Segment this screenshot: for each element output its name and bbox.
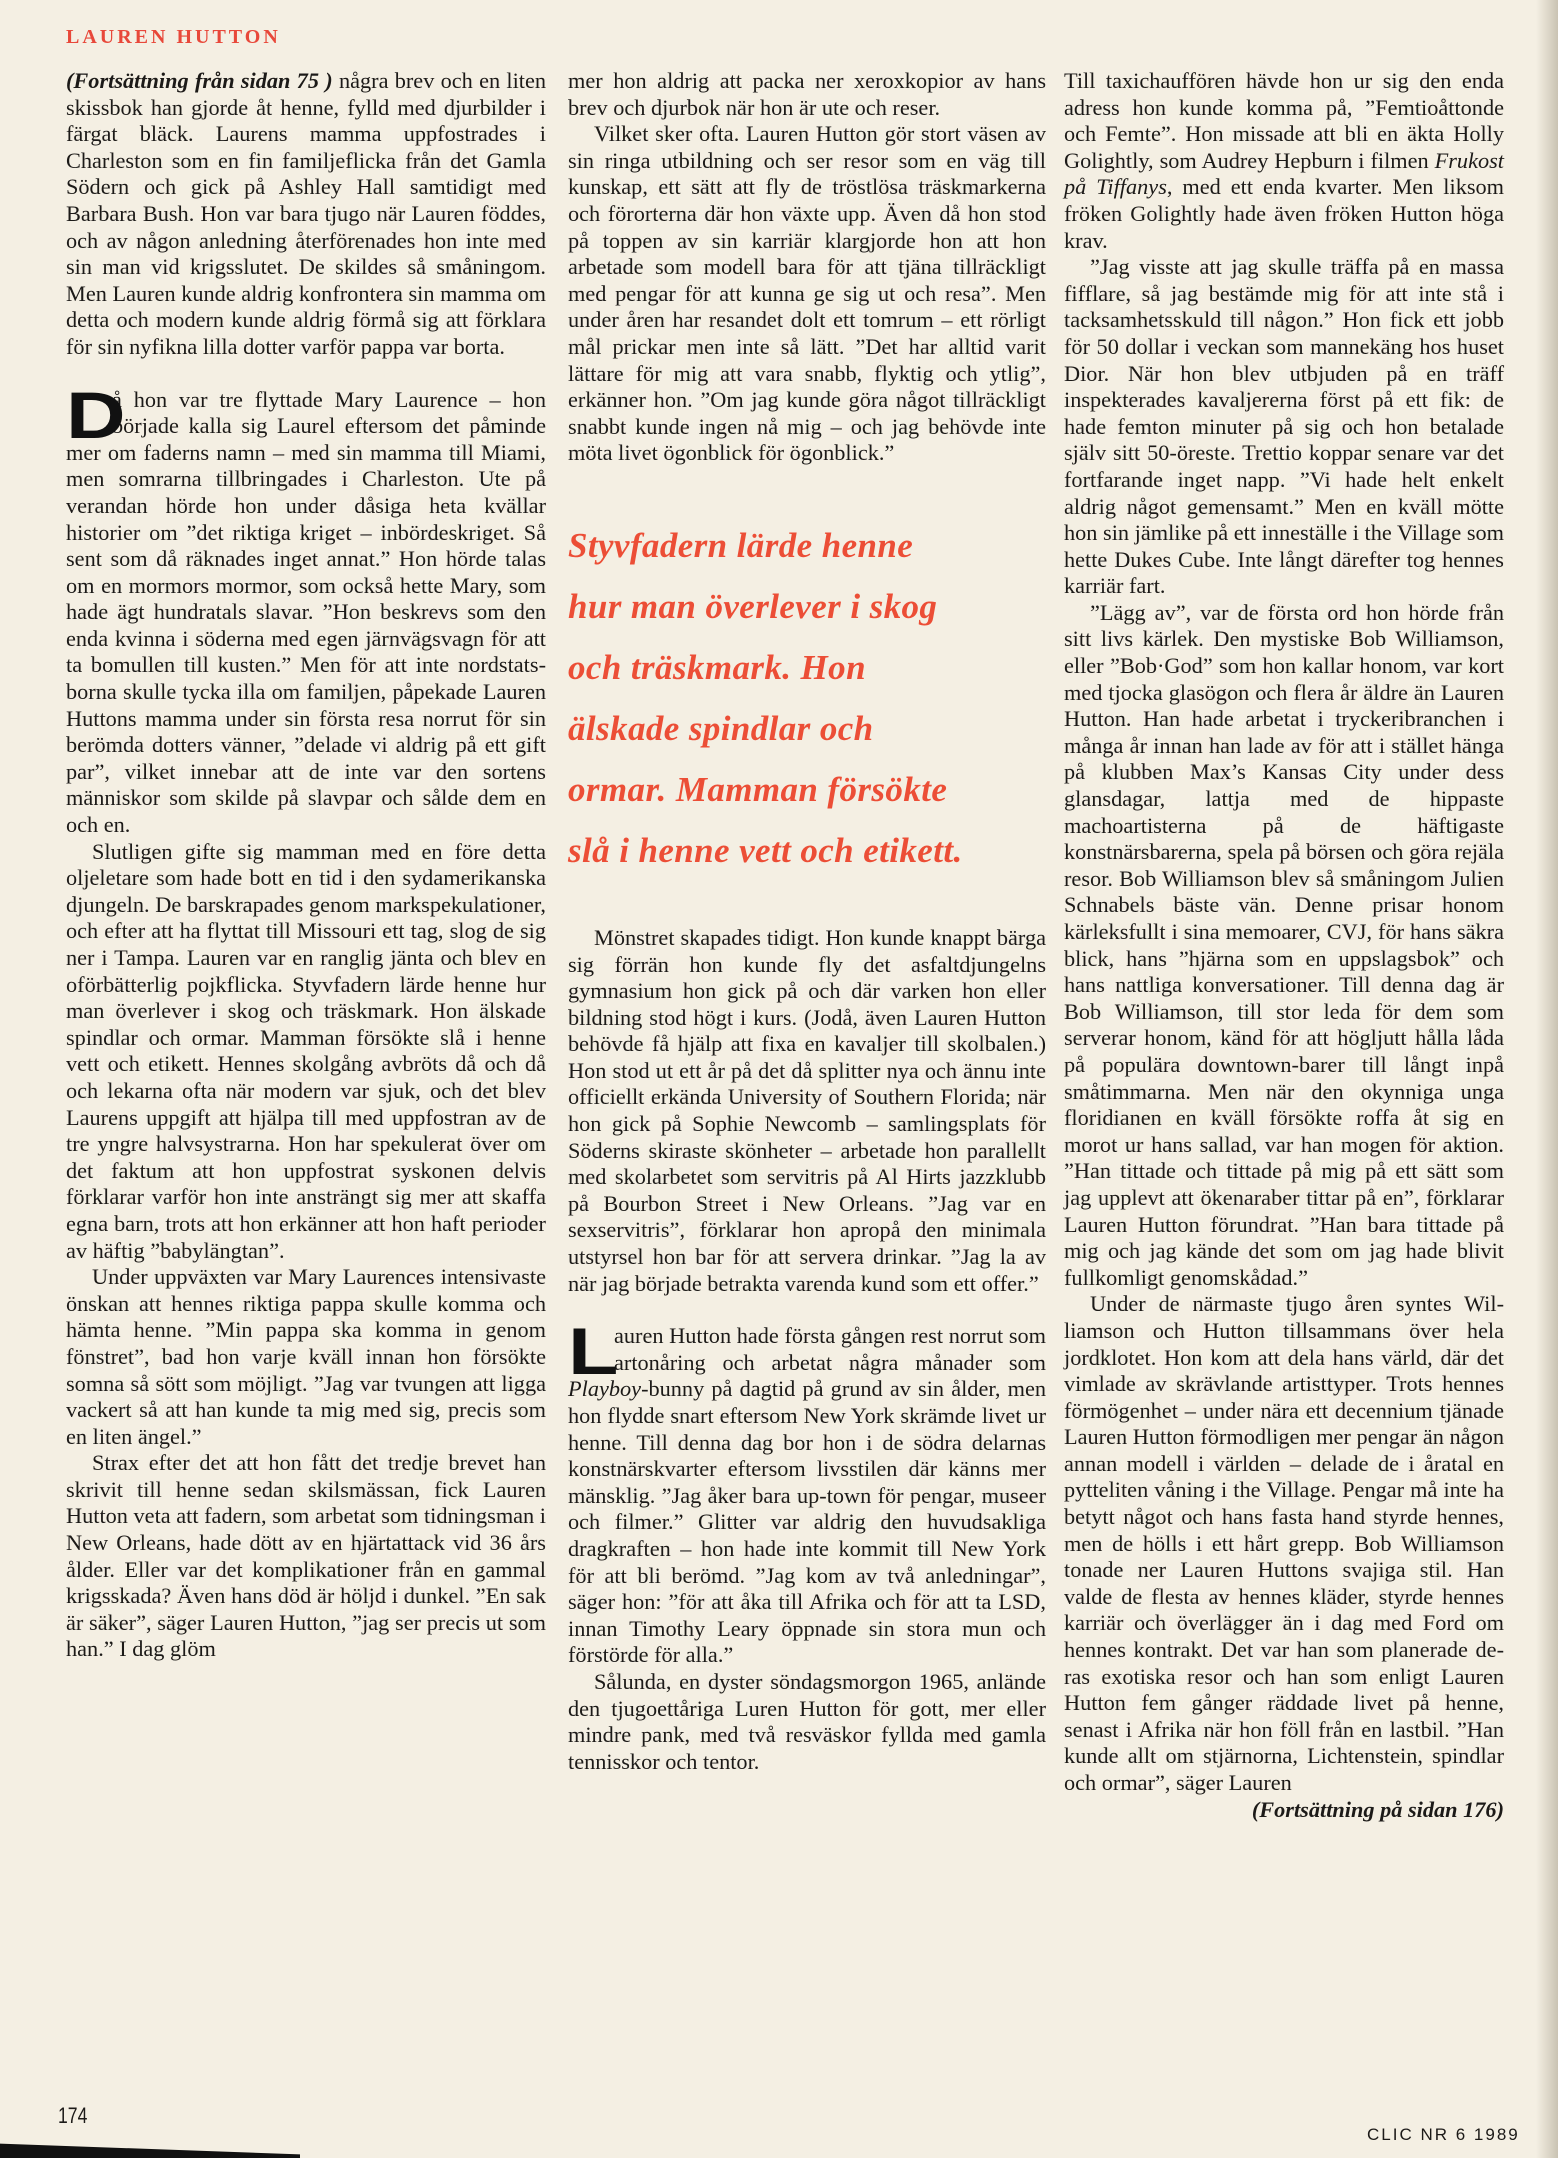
paragraph: Sålunda, en dyster söndagsmorgon 1965, a… xyxy=(568,1669,1046,1775)
paragraph: ”Lägg av”, var de första ord hon hörde f… xyxy=(1064,600,1504,1291)
paragraph-text: -bunny på dagtid på grund av sin ålder, … xyxy=(568,1376,1046,1667)
paragraph-with-dropcap: Då hon var tre flyttade Mary Laurence – … xyxy=(66,387,546,839)
paragraph: Under de närmaste tjugo åren syntes Wil­… xyxy=(1064,1291,1504,1796)
pull-quote-line: älskade spindlar och xyxy=(568,698,1046,759)
paragraph: Till taxichauffören hävde hon ur sig den… xyxy=(1064,68,1504,254)
continued-from-note: (Fortsättning från sidan 75 ) xyxy=(66,68,333,93)
pull-quote-line: Styvfadern lärde henne xyxy=(568,515,1046,576)
paragraph-text: auren Hutton hade första gången rest nor… xyxy=(614,1323,1046,1375)
paragraph-with-dropcap: Lauren Hutton hade första gången rest no… xyxy=(568,1323,1046,1669)
article-column-1: (Fortsättning från sidan 75 ) några brev… xyxy=(66,68,546,1663)
continued-on-note: (Fortsättning på sidan 176) xyxy=(1064,1797,1504,1824)
drop-cap: L xyxy=(568,1326,618,1376)
pull-quote-line: ormar. Mamman försökte xyxy=(568,759,1046,820)
paragraph: Strax efter det att hon fått det tredje … xyxy=(66,1450,546,1663)
paragraph: Vilket sker ofta. Lauren Hutton gör stor… xyxy=(568,121,1046,467)
pull-quote-line: och träskmark. Hon xyxy=(568,637,1046,698)
drop-cap: D xyxy=(66,390,116,440)
pull-quote: Styvfadern lärde henne hur man överlever… xyxy=(568,515,1046,881)
page-edge-shadow xyxy=(1536,0,1558,2158)
article-column-2: mer hon aldrig att packa ner xeroxkopior… xyxy=(568,68,1046,1775)
scan-edge-strip xyxy=(0,2140,300,2158)
paragraph: Mönstret skapades tidigt. Hon kunde knap… xyxy=(568,925,1046,1297)
paragraph: ”Jag visste att jag skulle träffa på en … xyxy=(1064,254,1504,600)
paragraph: (Fortsättning från sidan 75 ) några brev… xyxy=(66,68,546,361)
page-number: 174 xyxy=(58,2103,87,2129)
paragraph-text: å hon var tre flyttade Mary Laurence – h… xyxy=(66,387,546,838)
pull-quote-line: hur man överlever i skog xyxy=(568,576,1046,637)
article-column-3: Till taxichauffören hävde hon ur sig den… xyxy=(1064,68,1504,1823)
paragraph-text: några brev och en liten skissbok han gjo… xyxy=(66,68,546,359)
paragraph: Slutligen gifte sig mamman med en före d… xyxy=(66,839,546,1265)
running-head: LAUREN HUTTON xyxy=(66,26,281,49)
issue-footer: CLIC NR 6 1989 xyxy=(1367,2125,1520,2145)
pull-quote-line: slå i henne vett och etikett. xyxy=(568,820,1046,881)
paragraph: mer hon aldrig att packa ner xeroxkopior… xyxy=(568,68,1046,121)
paragraph: Under uppväxten var Mary Laurences in­te… xyxy=(66,1264,546,1450)
